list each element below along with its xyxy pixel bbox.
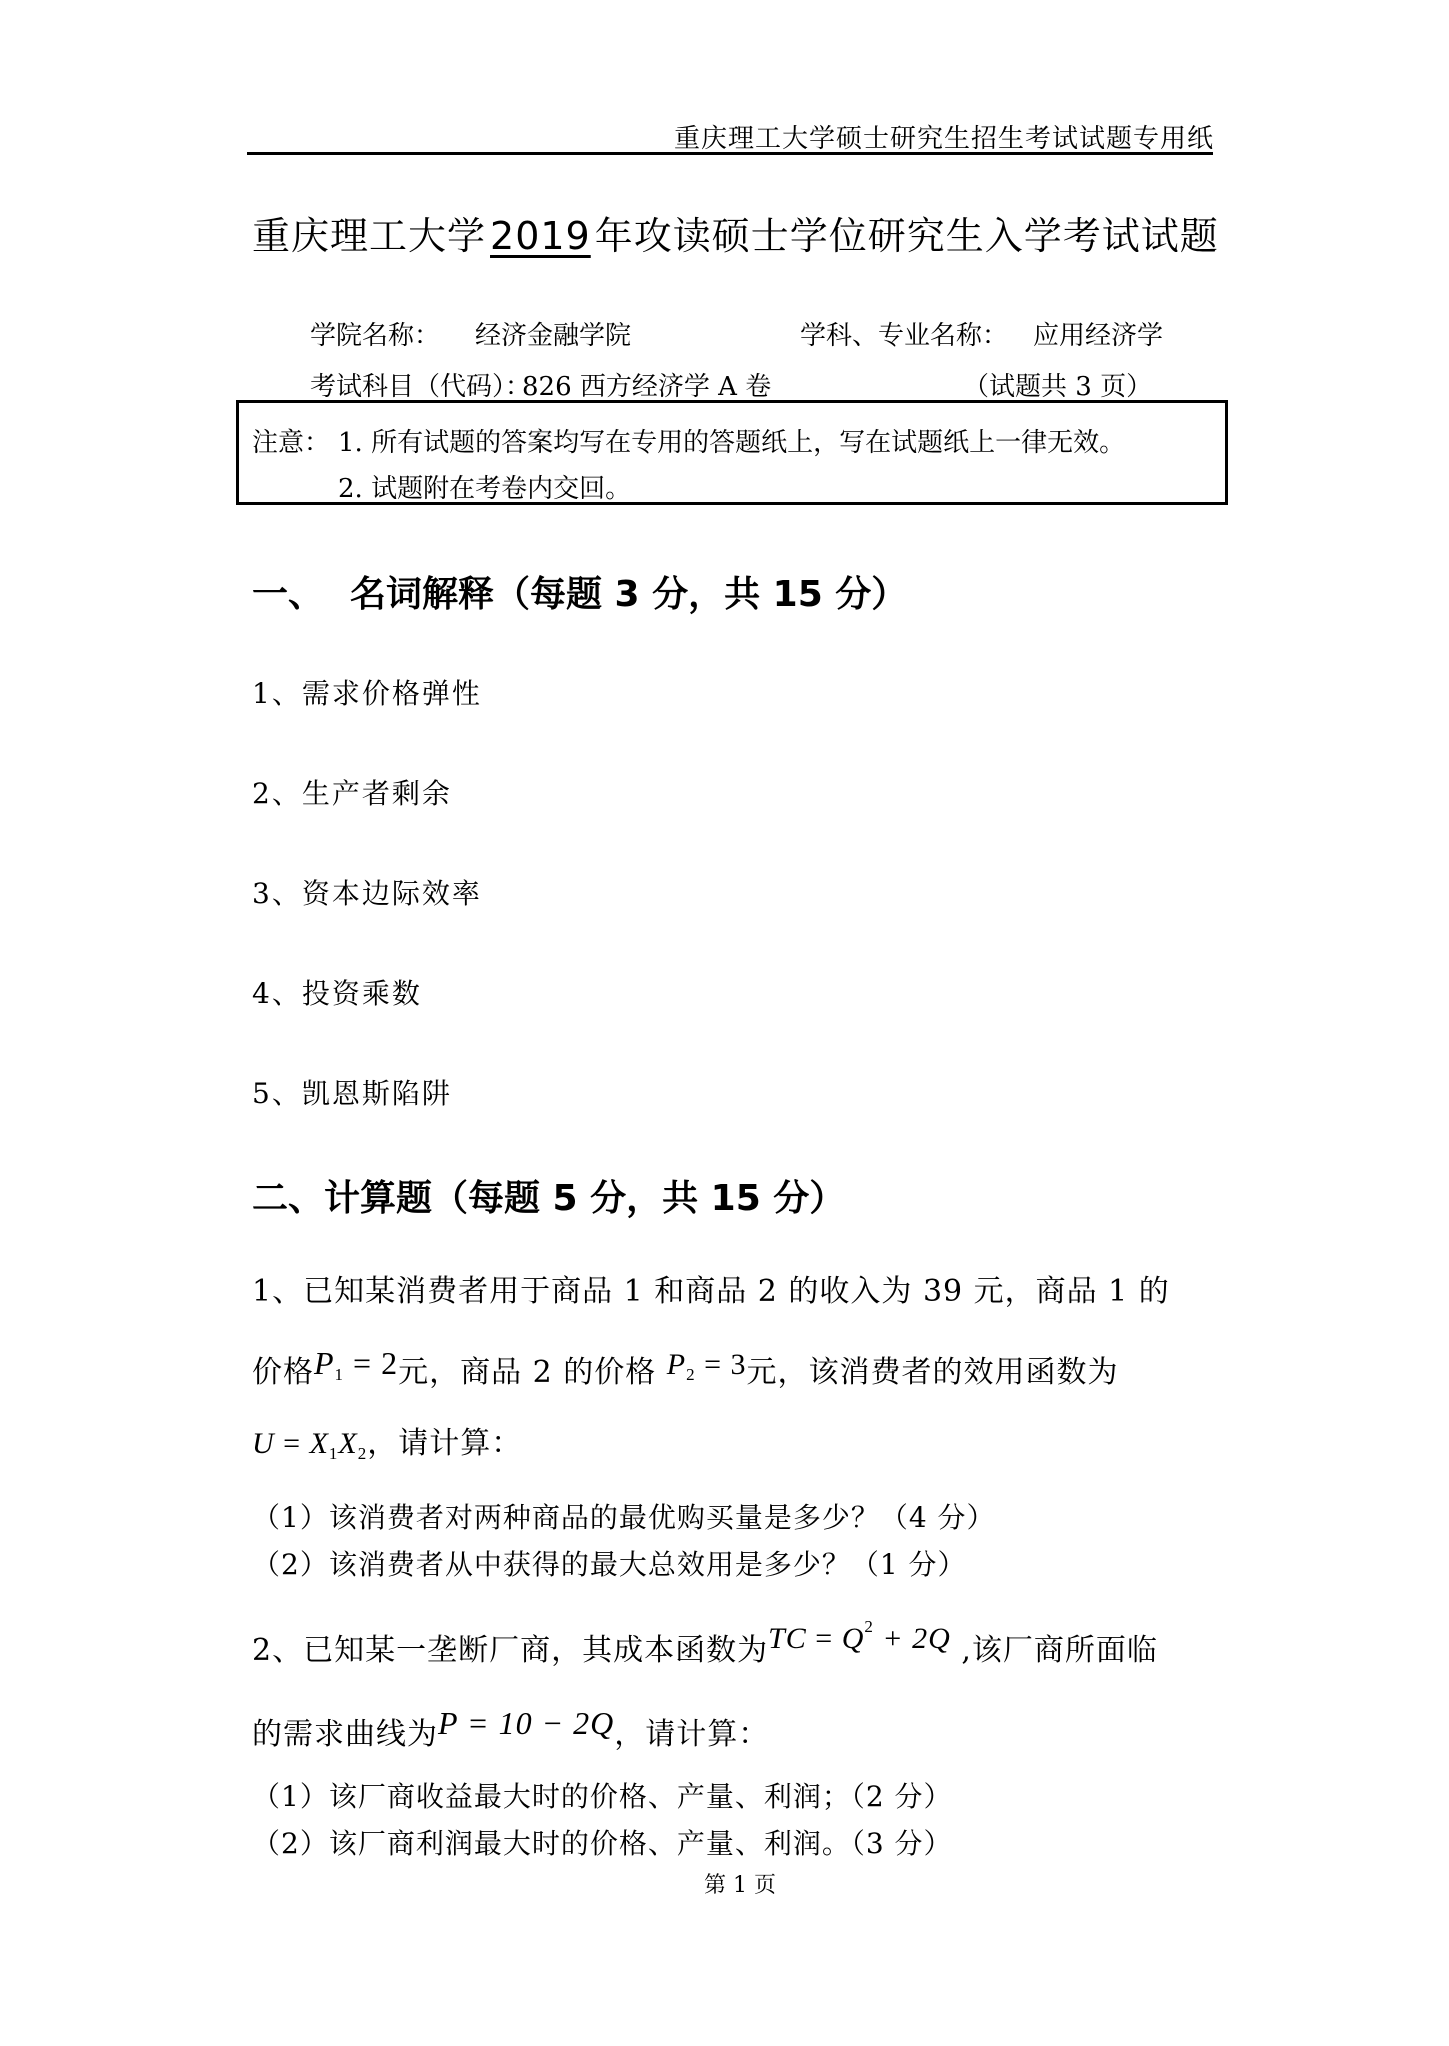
tc-lhs: TC <box>768 1622 807 1655</box>
q1-part-1: （1）该消费者对两种商品的最优购买量是多少？（4 分） <box>252 1496 996 1536</box>
exam-title: 重庆理工大学2019年攻读硕士学位研究生入学考试试题 <box>252 205 1219 260</box>
title-year: 2019 <box>486 214 595 258</box>
x1-var: X <box>310 1427 329 1460</box>
q1-line3-suffix: ，请计算： <box>367 1426 522 1461</box>
x2-var: X <box>338 1427 357 1460</box>
q2-line2-prefix: 的需求曲线为 <box>252 1717 438 1752</box>
q2-part-2: （2）该厂商利润最大时的价格、产量、利润。（3 分） <box>252 1822 953 1862</box>
q1-part-2: （2）该消费者从中获得的最大总效用是多少？（1 分） <box>252 1543 967 1583</box>
pages-note: （试题共 3 页） <box>963 366 1152 403</box>
college-label: 学院名称： <box>310 315 440 352</box>
title-prefix: 重庆理工大学 <box>252 214 486 258</box>
notice-label: 注意： <box>252 422 330 459</box>
u-var: U <box>252 1427 275 1460</box>
term-item: 1、需求价格弹性 <box>252 672 482 712</box>
tc-q: Q <box>842 1622 865 1655</box>
college-value: 经济金融学院 <box>475 315 631 352</box>
p2-eq: = 3 <box>696 1348 747 1381</box>
term-item: 2、生产者剩余 <box>252 772 452 812</box>
x2-sub: 2 <box>358 1444 368 1463</box>
notice-item-2: 2. 试题附在考卷内交回。 <box>338 468 631 505</box>
q1-line3: U = X1X2，请计算： <box>252 1418 522 1464</box>
tc-rest: + 2Q <box>874 1622 951 1655</box>
p2-sub: 2 <box>686 1365 696 1384</box>
subject-value: 826 西方经济学 A 卷 <box>522 366 771 403</box>
section1-heading: 名词解释（每题 3 分，共 15 分） <box>350 566 907 617</box>
demand-equation: P = 10 − 2Q <box>438 1705 614 1741</box>
section2-heading: 二、计算题（每题 5 分，共 15 分） <box>252 1170 845 1221</box>
subject-label: 考试科目（代码）： <box>310 366 531 403</box>
q2-line2-suffix: ，请计算： <box>614 1717 769 1752</box>
q1-line1: 1、已知某消费者用于商品 1 和商品 2 的收入为 39 元，商品 1 的 <box>252 1266 1170 1310</box>
q2-part-1: （1）该厂商收益最大时的价格、产量、利润；（2 分） <box>252 1775 953 1815</box>
page-number: 第 1 页 <box>704 1868 776 1899</box>
x1-sub: 1 <box>329 1444 339 1463</box>
q1-price-label: 价格 <box>252 1355 314 1390</box>
term-item: 4、投资乘数 <box>252 972 422 1012</box>
p1-sub: 1 <box>335 1365 345 1384</box>
p2-var: P <box>667 1348 686 1381</box>
p1-var: P <box>314 1345 335 1381</box>
q2-line1-prefix: 2、已知某一垄断厂商，其成本函数为 <box>252 1633 768 1668</box>
term-item: 5、凯恩斯陷阱 <box>252 1072 452 1112</box>
u-eq: = <box>275 1427 310 1460</box>
q1-line2-mid: 元，商品 2 的价格 <box>398 1355 667 1390</box>
title-suffix: 年攻读硕士学位研究生入学考试试题 <box>595 214 1219 258</box>
q2-line1: 2、已知某一垄断厂商，其成本函数为TC = Q2 + 2Q ,该厂商所面临 <box>252 1617 1158 1669</box>
q1-line2: 价格P1 = 2元，商品 2 的价格 P2 = 3元，该消费者的效用函数为 <box>252 1345 1119 1391</box>
q1-line2-end: 元，该消费者的效用函数为 <box>747 1355 1119 1390</box>
header-divider <box>247 152 1213 155</box>
p1-eq: = 2 <box>344 1345 398 1381</box>
tc-eq: = <box>807 1622 842 1655</box>
major-label: 学科、专业名称： <box>800 315 1008 352</box>
running-header: 重庆理工大学硕士研究生招生考试试题专用纸 <box>674 118 1214 155</box>
tc-sup: 2 <box>864 1617 874 1636</box>
q2-line2: 的需求曲线为P = 10 − 2Q，请计算： <box>252 1705 769 1753</box>
notice-item-1: 1. 所有试题的答案均写在专用的答题纸上，写在试题纸上一律无效。 <box>338 422 1125 459</box>
section1-number: 一、 <box>252 566 324 617</box>
term-item: 3、资本边际效率 <box>252 872 482 912</box>
major-value: 应用经济学 <box>1033 315 1163 352</box>
q2-line1-suffix: ,该厂商所面临 <box>951 1633 1158 1668</box>
